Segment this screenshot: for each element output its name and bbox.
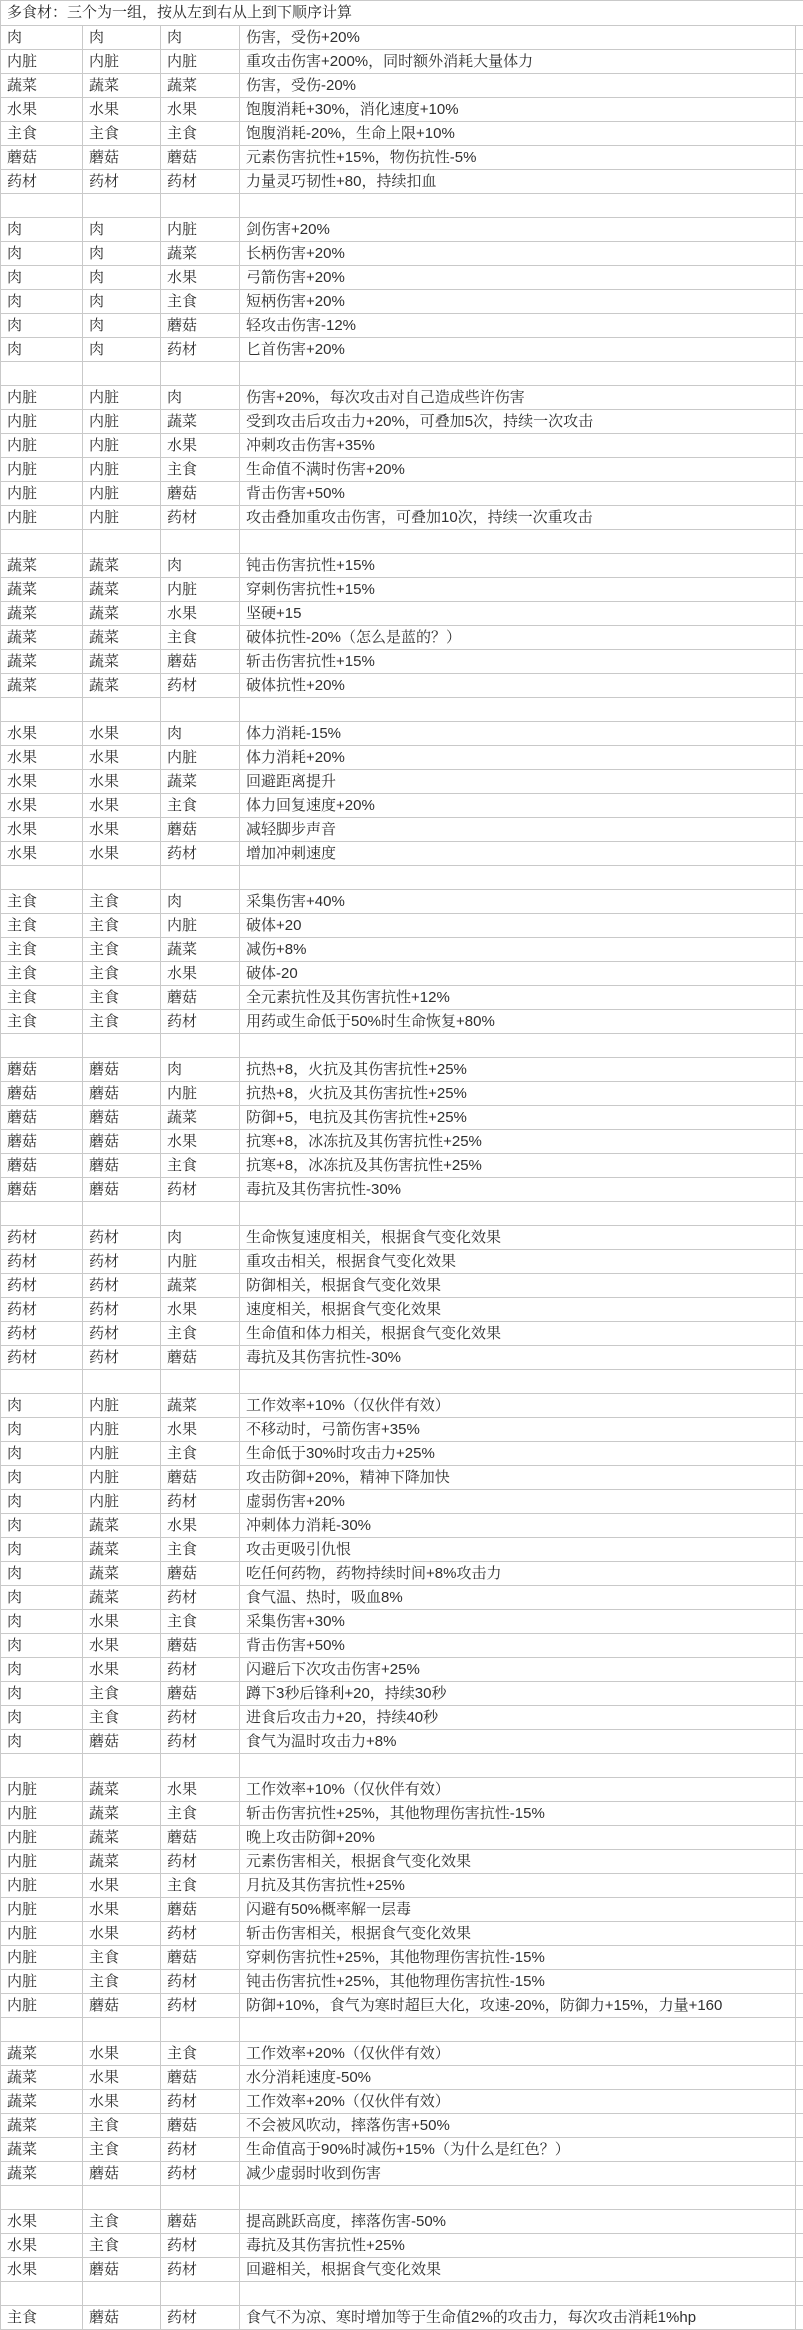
trailing-cell[interactable]: [796, 1610, 803, 1634]
ingredient2-cell[interactable]: 蔬菜: [83, 1826, 161, 1850]
trailing-cell[interactable]: [796, 266, 803, 290]
ingredient1-cell[interactable]: 蔬菜: [1, 554, 83, 578]
ingredient3-cell[interactable]: 蔬菜: [161, 74, 240, 98]
ingredient3-cell[interactable]: [161, 1034, 240, 1058]
ingredient3-cell[interactable]: 蔬菜: [161, 770, 240, 794]
ingredient2-cell[interactable]: 内脏: [83, 386, 161, 410]
ingredient1-cell[interactable]: 水果: [1, 2234, 83, 2258]
ingredient1-cell[interactable]: 主食: [1, 986, 83, 1010]
ingredient1-cell[interactable]: 肉: [1, 1730, 83, 1754]
effect-cell[interactable]: 生命值和体力相关，根据食气变化效果: [240, 1322, 796, 1346]
ingredient2-cell[interactable]: 内脏: [83, 1466, 161, 1490]
ingredient3-cell[interactable]: 水果: [161, 1778, 240, 1802]
ingredient1-cell[interactable]: 内脏: [1, 1922, 83, 1946]
ingredient3-cell[interactable]: 药材: [161, 1010, 240, 1034]
trailing-cell[interactable]: [796, 2234, 803, 2258]
effect-cell[interactable]: 不会被风吹动，摔落伤害+50%: [240, 2114, 796, 2138]
ingredient1-cell[interactable]: 主食: [1, 890, 83, 914]
effect-cell[interactable]: 虚弱伤害+20%: [240, 1490, 796, 1514]
ingredient3-cell[interactable]: 主食: [161, 626, 240, 650]
ingredient2-cell[interactable]: 水果: [83, 722, 161, 746]
trailing-cell[interactable]: [796, 122, 803, 146]
ingredient2-cell[interactable]: 内脏: [83, 458, 161, 482]
ingredient3-cell[interactable]: [161, 2186, 240, 2210]
ingredient1-cell[interactable]: 肉: [1, 1514, 83, 1538]
ingredient3-cell[interactable]: 内脏: [161, 578, 240, 602]
trailing-cell[interactable]: [796, 914, 803, 938]
ingredient1-cell[interactable]: 蔬菜: [1, 650, 83, 674]
trailing-cell[interactable]: [796, 194, 803, 218]
trailing-cell[interactable]: [796, 986, 803, 1010]
ingredient1-cell[interactable]: 水果: [1, 842, 83, 866]
trailing-cell[interactable]: [796, 458, 803, 482]
ingredient2-cell[interactable]: 水果: [83, 1922, 161, 1946]
ingredient1-cell[interactable]: 蔬菜: [1, 2042, 83, 2066]
effect-cell[interactable]: 斩击伤害抗性+25%，其他物理伤害抗性-15%: [240, 1802, 796, 1826]
ingredient1-cell[interactable]: 药材: [1, 1298, 83, 1322]
ingredient1-cell[interactable]: 肉: [1, 1466, 83, 1490]
trailing-cell[interactable]: [796, 1010, 803, 1034]
trailing-cell[interactable]: [796, 2114, 803, 2138]
effect-cell[interactable]: [240, 1034, 796, 1058]
ingredient2-cell[interactable]: 水果: [83, 1634, 161, 1658]
trailing-cell[interactable]: [796, 410, 803, 434]
ingredient3-cell[interactable]: 肉: [161, 1226, 240, 1250]
effect-cell[interactable]: 生命恢复速度相关，根据食气变化效果: [240, 1226, 796, 1250]
trailing-cell[interactable]: [796, 2306, 803, 2330]
ingredient2-cell[interactable]: 内脏: [83, 410, 161, 434]
ingredient1-cell[interactable]: 水果: [1, 98, 83, 122]
ingredient3-cell[interactable]: 水果: [161, 1298, 240, 1322]
ingredient2-cell[interactable]: 内脏: [83, 482, 161, 506]
ingredient3-cell[interactable]: 主食: [161, 794, 240, 818]
trailing-cell[interactable]: [796, 1058, 803, 1082]
trailing-cell[interactable]: [796, 1514, 803, 1538]
ingredient3-cell[interactable]: [161, 2018, 240, 2042]
ingredient1-cell[interactable]: 内脏: [1, 1802, 83, 1826]
ingredient3-cell[interactable]: 药材: [161, 1706, 240, 1730]
trailing-cell[interactable]: [796, 506, 803, 530]
ingredient1-cell[interactable]: 药材: [1, 1322, 83, 1346]
trailing-cell[interactable]: [796, 2162, 803, 2186]
ingredient3-cell[interactable]: 药材: [161, 506, 240, 530]
ingredient3-cell[interactable]: 内脏: [161, 218, 240, 242]
trailing-cell[interactable]: [796, 1034, 803, 1058]
ingredient1-cell[interactable]: 蔬菜: [1, 626, 83, 650]
effect-cell[interactable]: [240, 194, 796, 218]
effect-cell[interactable]: 防御+5，电抗及其伤害抗性+25%: [240, 1106, 796, 1130]
trailing-cell[interactable]: [796, 890, 803, 914]
trailing-cell[interactable]: [796, 2090, 803, 2114]
effect-cell[interactable]: 伤害，受伤-20%: [240, 74, 796, 98]
ingredient2-cell[interactable]: 水果: [83, 98, 161, 122]
ingredient2-cell[interactable]: 内脏: [83, 50, 161, 74]
ingredient2-cell[interactable]: 水果: [83, 746, 161, 770]
ingredient2-cell[interactable]: 蘑菇: [83, 2306, 161, 2330]
effect-cell[interactable]: 体力消耗-15%: [240, 722, 796, 746]
ingredient1-cell[interactable]: [1, 2018, 83, 2042]
trailing-cell[interactable]: [796, 1274, 803, 1298]
trailing-cell[interactable]: [796, 1682, 803, 1706]
ingredient3-cell[interactable]: 主食: [161, 1154, 240, 1178]
trailing-cell[interactable]: [796, 1898, 803, 1922]
ingredient2-cell[interactable]: [83, 2282, 161, 2306]
ingredient2-cell[interactable]: 蔬菜: [83, 578, 161, 602]
effect-cell[interactable]: 伤害，受伤+20%: [240, 26, 796, 50]
effect-cell[interactable]: 生命低于30%时攻击力+25%: [240, 1442, 796, 1466]
effect-cell[interactable]: 破体-20: [240, 962, 796, 986]
trailing-cell[interactable]: [796, 1178, 803, 1202]
effect-cell[interactable]: 毒抗及其伤害抗性+25%: [240, 2234, 796, 2258]
ingredient3-cell[interactable]: 肉: [161, 26, 240, 50]
ingredient2-cell[interactable]: 蘑菇: [83, 1730, 161, 1754]
trailing-cell[interactable]: [796, 290, 803, 314]
trailing-cell[interactable]: [796, 794, 803, 818]
ingredient2-cell[interactable]: 蘑菇: [83, 1178, 161, 1202]
ingredient1-cell[interactable]: 主食: [1, 962, 83, 986]
trailing-cell[interactable]: [796, 962, 803, 986]
ingredient2-cell[interactable]: 蘑菇: [83, 2162, 161, 2186]
ingredient3-cell[interactable]: 主食: [161, 1442, 240, 1466]
ingredient1-cell[interactable]: 内脏: [1, 1850, 83, 1874]
ingredient2-cell[interactable]: 蔬菜: [83, 1850, 161, 1874]
ingredient1-cell[interactable]: 药材: [1, 1250, 83, 1274]
trailing-cell[interactable]: [796, 434, 803, 458]
ingredient2-cell[interactable]: 水果: [83, 1874, 161, 1898]
ingredient2-cell[interactable]: 蔬菜: [83, 1586, 161, 1610]
trailing-cell[interactable]: [796, 1994, 803, 2018]
ingredient2-cell[interactable]: 肉: [83, 242, 161, 266]
trailing-cell[interactable]: [796, 1082, 803, 1106]
effect-cell[interactable]: 伤害+20%，每次攻击对自己造成些许伤害: [240, 386, 796, 410]
ingredient3-cell[interactable]: 主食: [161, 122, 240, 146]
trailing-cell[interactable]: [796, 530, 803, 554]
ingredient1-cell[interactable]: 主食: [1, 938, 83, 962]
trailing-cell[interactable]: [796, 1418, 803, 1442]
ingredient1-cell[interactable]: 肉: [1, 1538, 83, 1562]
trailing-cell[interactable]: [796, 2186, 803, 2210]
ingredient3-cell[interactable]: 主食: [161, 1802, 240, 1826]
ingredient1-cell[interactable]: [1, 362, 83, 386]
ingredient2-cell[interactable]: 药材: [83, 1274, 161, 1298]
page-title[interactable]: 多食材：三个为一组，按从左到右从上到下顺序计算: [1, 1, 803, 26]
effect-cell[interactable]: 回避相关，根据食气变化效果: [240, 2258, 796, 2282]
ingredient1-cell[interactable]: 蘑菇: [1, 1082, 83, 1106]
effect-cell[interactable]: 防御相关，根据食气变化效果: [240, 1274, 796, 1298]
ingredient1-cell[interactable]: 肉: [1, 1586, 83, 1610]
effect-cell[interactable]: 体力回复速度+20%: [240, 794, 796, 818]
ingredient2-cell[interactable]: 药材: [83, 1226, 161, 1250]
ingredient1-cell[interactable]: 水果: [1, 746, 83, 770]
effect-cell[interactable]: 减伤+8%: [240, 938, 796, 962]
ingredient2-cell[interactable]: 内脏: [83, 1442, 161, 1466]
ingredient1-cell[interactable]: 主食: [1, 2306, 83, 2330]
ingredient2-cell[interactable]: 药材: [83, 1250, 161, 1274]
ingredient1-cell[interactable]: 肉: [1, 1394, 83, 1418]
ingredient2-cell[interactable]: 蘑菇: [83, 1058, 161, 1082]
ingredient1-cell[interactable]: 水果: [1, 2210, 83, 2234]
ingredient3-cell[interactable]: 蘑菇: [161, 1634, 240, 1658]
effect-cell[interactable]: 食气不为凉、寒时增加等于生命值2%的攻击力，每次攻击消耗1%hp: [240, 2306, 796, 2330]
ingredient3-cell[interactable]: 蘑菇: [161, 482, 240, 506]
trailing-cell[interactable]: [796, 2210, 803, 2234]
effect-cell[interactable]: 毒抗及其伤害抗性-30%: [240, 1346, 796, 1370]
ingredient2-cell[interactable]: 水果: [83, 2090, 161, 2114]
effect-cell[interactable]: 工作效率+10%（仅伙伴有效）: [240, 1394, 796, 1418]
ingredient3-cell[interactable]: [161, 530, 240, 554]
ingredient1-cell[interactable]: 蔬菜: [1, 2138, 83, 2162]
effect-cell[interactable]: 减少虚弱时收到伤害: [240, 2162, 796, 2186]
trailing-cell[interactable]: [796, 242, 803, 266]
ingredient3-cell[interactable]: 药材: [161, 674, 240, 698]
effect-cell[interactable]: 提高跳跃高度，摔落伤害-50%: [240, 2210, 796, 2234]
effect-cell[interactable]: 吃任何药物，药物持续时间+8%攻击力: [240, 1562, 796, 1586]
ingredient2-cell[interactable]: 肉: [83, 314, 161, 338]
trailing-cell[interactable]: [796, 1778, 803, 1802]
ingredient3-cell[interactable]: 水果: [161, 602, 240, 626]
ingredient1-cell[interactable]: 内脏: [1, 1898, 83, 1922]
trailing-cell[interactable]: [796, 2018, 803, 2042]
ingredient1-cell[interactable]: 肉: [1, 1658, 83, 1682]
ingredient3-cell[interactable]: 肉: [161, 386, 240, 410]
trailing-cell[interactable]: [796, 2138, 803, 2162]
ingredient1-cell[interactable]: 蔬菜: [1, 2162, 83, 2186]
trailing-cell[interactable]: [796, 26, 803, 50]
ingredient3-cell[interactable]: 主食: [161, 1610, 240, 1634]
trailing-cell[interactable]: [796, 698, 803, 722]
ingredient2-cell[interactable]: 内脏: [83, 1490, 161, 1514]
trailing-cell[interactable]: [796, 2282, 803, 2306]
effect-cell[interactable]: 食气为温时攻击力+8%: [240, 1730, 796, 1754]
ingredient1-cell[interactable]: [1, 530, 83, 554]
ingredient2-cell[interactable]: 药材: [83, 1322, 161, 1346]
ingredient2-cell[interactable]: 蔬菜: [83, 626, 161, 650]
trailing-cell[interactable]: [796, 74, 803, 98]
trailing-cell[interactable]: [796, 386, 803, 410]
effect-cell[interactable]: 破体抗性+20%: [240, 674, 796, 698]
effect-cell[interactable]: 抗热+8，火抗及其伤害抗性+25%: [240, 1082, 796, 1106]
trailing-cell[interactable]: [796, 674, 803, 698]
effect-cell[interactable]: [240, 1202, 796, 1226]
effect-cell[interactable]: [240, 1754, 796, 1778]
effect-cell[interactable]: [240, 2186, 796, 2210]
ingredient2-cell[interactable]: 内脏: [83, 1394, 161, 1418]
trailing-cell[interactable]: [796, 218, 803, 242]
ingredient2-cell[interactable]: 蘑菇: [83, 2258, 161, 2282]
effect-cell[interactable]: 月抗及其伤害抗性+25%: [240, 1874, 796, 1898]
ingredient1-cell[interactable]: 蔬菜: [1, 578, 83, 602]
ingredient1-cell[interactable]: 水果: [1, 2258, 83, 2282]
ingredient1-cell[interactable]: 蔬菜: [1, 674, 83, 698]
ingredient1-cell[interactable]: 蘑菇: [1, 146, 83, 170]
effect-cell[interactable]: 饱腹消耗-20%，生命上限+10%: [240, 122, 796, 146]
ingredient1-cell[interactable]: 肉: [1, 1634, 83, 1658]
ingredient2-cell[interactable]: [83, 362, 161, 386]
ingredient2-cell[interactable]: 主食: [83, 914, 161, 938]
trailing-cell[interactable]: [796, 578, 803, 602]
ingredient1-cell[interactable]: 肉: [1, 1562, 83, 1586]
ingredient2-cell[interactable]: [83, 194, 161, 218]
trailing-cell[interactable]: [796, 2258, 803, 2282]
ingredient1-cell[interactable]: 肉: [1, 338, 83, 362]
effect-cell[interactable]: 攻击更吸引仇恨: [240, 1538, 796, 1562]
ingredient2-cell[interactable]: 蔬菜: [83, 1538, 161, 1562]
ingredient2-cell[interactable]: 蔬菜: [83, 602, 161, 626]
ingredient1-cell[interactable]: 药材: [1, 1226, 83, 1250]
trailing-cell[interactable]: [796, 842, 803, 866]
effect-cell[interactable]: 增加冲刺速度: [240, 842, 796, 866]
ingredient3-cell[interactable]: 蘑菇: [161, 650, 240, 674]
ingredient3-cell[interactable]: 肉: [161, 722, 240, 746]
trailing-cell[interactable]: [796, 362, 803, 386]
ingredient2-cell[interactable]: [83, 1034, 161, 1058]
ingredient1-cell[interactable]: 肉: [1, 218, 83, 242]
ingredient1-cell[interactable]: [1, 1202, 83, 1226]
ingredient1-cell[interactable]: 肉: [1, 314, 83, 338]
ingredient3-cell[interactable]: 肉: [161, 890, 240, 914]
ingredient3-cell[interactable]: 水果: [161, 1514, 240, 1538]
trailing-cell[interactable]: [796, 482, 803, 506]
trailing-cell[interactable]: [796, 1730, 803, 1754]
ingredient1-cell[interactable]: [1, 1754, 83, 1778]
ingredient3-cell[interactable]: 内脏: [161, 746, 240, 770]
ingredient2-cell[interactable]: [83, 866, 161, 890]
trailing-cell[interactable]: [796, 1658, 803, 1682]
effect-cell[interactable]: [240, 2018, 796, 2042]
ingredient2-cell[interactable]: 蘑菇: [83, 1130, 161, 1154]
ingredient2-cell[interactable]: 水果: [83, 770, 161, 794]
trailing-cell[interactable]: [796, 1538, 803, 1562]
ingredient2-cell[interactable]: [83, 1754, 161, 1778]
ingredient1-cell[interactable]: [1, 2282, 83, 2306]
effect-cell[interactable]: 食气温、热时，吸血8%: [240, 1586, 796, 1610]
trailing-cell[interactable]: [796, 1250, 803, 1274]
ingredient3-cell[interactable]: 蘑菇: [161, 1562, 240, 1586]
ingredient2-cell[interactable]: 主食: [83, 2114, 161, 2138]
trailing-cell[interactable]: [796, 1130, 803, 1154]
ingredient2-cell[interactable]: 主食: [83, 122, 161, 146]
effect-cell[interactable]: 晚上攻击防御+20%: [240, 1826, 796, 1850]
ingredient2-cell[interactable]: 内脏: [83, 506, 161, 530]
effect-cell[interactable]: 闪避有50%概率解一层毒: [240, 1898, 796, 1922]
ingredient2-cell[interactable]: 主食: [83, 1010, 161, 1034]
effect-cell[interactable]: 防御+10%，食气为寒时超巨大化，攻速-20%，防御力+15%，力量+160: [240, 1994, 796, 2018]
ingredient3-cell[interactable]: 药材: [161, 2258, 240, 2282]
ingredient2-cell[interactable]: 蘑菇: [83, 1106, 161, 1130]
ingredient3-cell[interactable]: 内脏: [161, 914, 240, 938]
effect-cell[interactable]: 不移动时，弓箭伤害+35%: [240, 1418, 796, 1442]
ingredient3-cell[interactable]: [161, 698, 240, 722]
ingredient2-cell[interactable]: 主食: [83, 1946, 161, 1970]
ingredient1-cell[interactable]: 蔬菜: [1, 74, 83, 98]
ingredient3-cell[interactable]: 蘑菇: [161, 1826, 240, 1850]
ingredient2-cell[interactable]: 内脏: [83, 1418, 161, 1442]
ingredient2-cell[interactable]: [83, 698, 161, 722]
ingredient3-cell[interactable]: 水果: [161, 1418, 240, 1442]
ingredient3-cell[interactable]: 主食: [161, 458, 240, 482]
trailing-cell[interactable]: [796, 1490, 803, 1514]
ingredient3-cell[interactable]: 蘑菇: [161, 2066, 240, 2090]
ingredient3-cell[interactable]: 内脏: [161, 1082, 240, 1106]
trailing-cell[interactable]: [796, 626, 803, 650]
ingredient1-cell[interactable]: 肉: [1, 1682, 83, 1706]
ingredient2-cell[interactable]: 蔬菜: [83, 554, 161, 578]
effect-cell[interactable]: 背击伤害+50%: [240, 1634, 796, 1658]
effect-cell[interactable]: 用药或生命低于50%时生命恢复+80%: [240, 1010, 796, 1034]
trailing-cell[interactable]: [796, 770, 803, 794]
ingredient2-cell[interactable]: 内脏: [83, 434, 161, 458]
ingredient3-cell[interactable]: 蘑菇: [161, 2114, 240, 2138]
effect-cell[interactable]: 体力消耗+20%: [240, 746, 796, 770]
ingredient3-cell[interactable]: 肉: [161, 554, 240, 578]
trailing-cell[interactable]: [796, 1370, 803, 1394]
trailing-cell[interactable]: [796, 1298, 803, 1322]
ingredient1-cell[interactable]: [1, 2186, 83, 2210]
ingredient1-cell[interactable]: 肉: [1, 1610, 83, 1634]
ingredient3-cell[interactable]: [161, 2282, 240, 2306]
ingredient2-cell[interactable]: 蔬菜: [83, 1802, 161, 1826]
ingredient2-cell[interactable]: [83, 2018, 161, 2042]
trailing-cell[interactable]: [796, 338, 803, 362]
ingredient3-cell[interactable]: 药材: [161, 170, 240, 194]
effect-cell[interactable]: 闪避后下次攻击伤害+25%: [240, 1658, 796, 1682]
trailing-cell[interactable]: [796, 1754, 803, 1778]
ingredient2-cell[interactable]: 水果: [83, 1658, 161, 1682]
ingredient1-cell[interactable]: 蔬菜: [1, 602, 83, 626]
trailing-cell[interactable]: [796, 1706, 803, 1730]
ingredient2-cell[interactable]: 肉: [83, 26, 161, 50]
ingredient2-cell[interactable]: [83, 530, 161, 554]
ingredient3-cell[interactable]: 药材: [161, 2306, 240, 2330]
ingredient3-cell[interactable]: 药材: [161, 1970, 240, 1994]
effect-cell[interactable]: 回避距离提升: [240, 770, 796, 794]
ingredient3-cell[interactable]: 蘑菇: [161, 986, 240, 1010]
trailing-cell[interactable]: [796, 746, 803, 770]
effect-cell[interactable]: 轻攻击伤害-12%: [240, 314, 796, 338]
effect-cell[interactable]: 重攻击伤害+200%，同时额外消耗大量体力: [240, 50, 796, 74]
ingredient1-cell[interactable]: 蘑菇: [1, 1154, 83, 1178]
ingredient3-cell[interactable]: 药材: [161, 2234, 240, 2258]
effect-cell[interactable]: 斩击伤害抗性+15%: [240, 650, 796, 674]
trailing-cell[interactable]: [796, 1154, 803, 1178]
effect-cell[interactable]: 元素伤害相关，根据食气变化效果: [240, 1850, 796, 1874]
ingredient1-cell[interactable]: 蔬菜: [1, 2066, 83, 2090]
ingredient2-cell[interactable]: 蘑菇: [83, 1994, 161, 2018]
ingredient1-cell[interactable]: 内脏: [1, 386, 83, 410]
trailing-cell[interactable]: [796, 1442, 803, 1466]
ingredient1-cell[interactable]: 主食: [1, 1010, 83, 1034]
ingredient3-cell[interactable]: 药材: [161, 338, 240, 362]
effect-cell[interactable]: 破体+20: [240, 914, 796, 938]
effect-cell[interactable]: 抗寒+8，冰冻抗及其伤害抗性+25%: [240, 1130, 796, 1154]
ingredient1-cell[interactable]: [1, 1034, 83, 1058]
ingredient1-cell[interactable]: 蘑菇: [1, 1058, 83, 1082]
effect-cell[interactable]: [240, 530, 796, 554]
ingredient1-cell[interactable]: 肉: [1, 242, 83, 266]
trailing-cell[interactable]: [796, 650, 803, 674]
ingredient1-cell[interactable]: 水果: [1, 818, 83, 842]
trailing-cell[interactable]: [796, 818, 803, 842]
ingredient1-cell[interactable]: 肉: [1, 1490, 83, 1514]
ingredient2-cell[interactable]: 蔬菜: [83, 650, 161, 674]
trailing-cell[interactable]: [796, 1802, 803, 1826]
ingredient2-cell[interactable]: 主食: [83, 2210, 161, 2234]
ingredient1-cell[interactable]: 肉: [1, 266, 83, 290]
trailing-cell[interactable]: [796, 50, 803, 74]
effect-cell[interactable]: 抗热+8，火抗及其伤害抗性+25%: [240, 1058, 796, 1082]
effect-cell[interactable]: 穿刺伤害抗性+25%，其他物理伤害抗性-15%: [240, 1946, 796, 1970]
ingredient1-cell[interactable]: [1, 194, 83, 218]
